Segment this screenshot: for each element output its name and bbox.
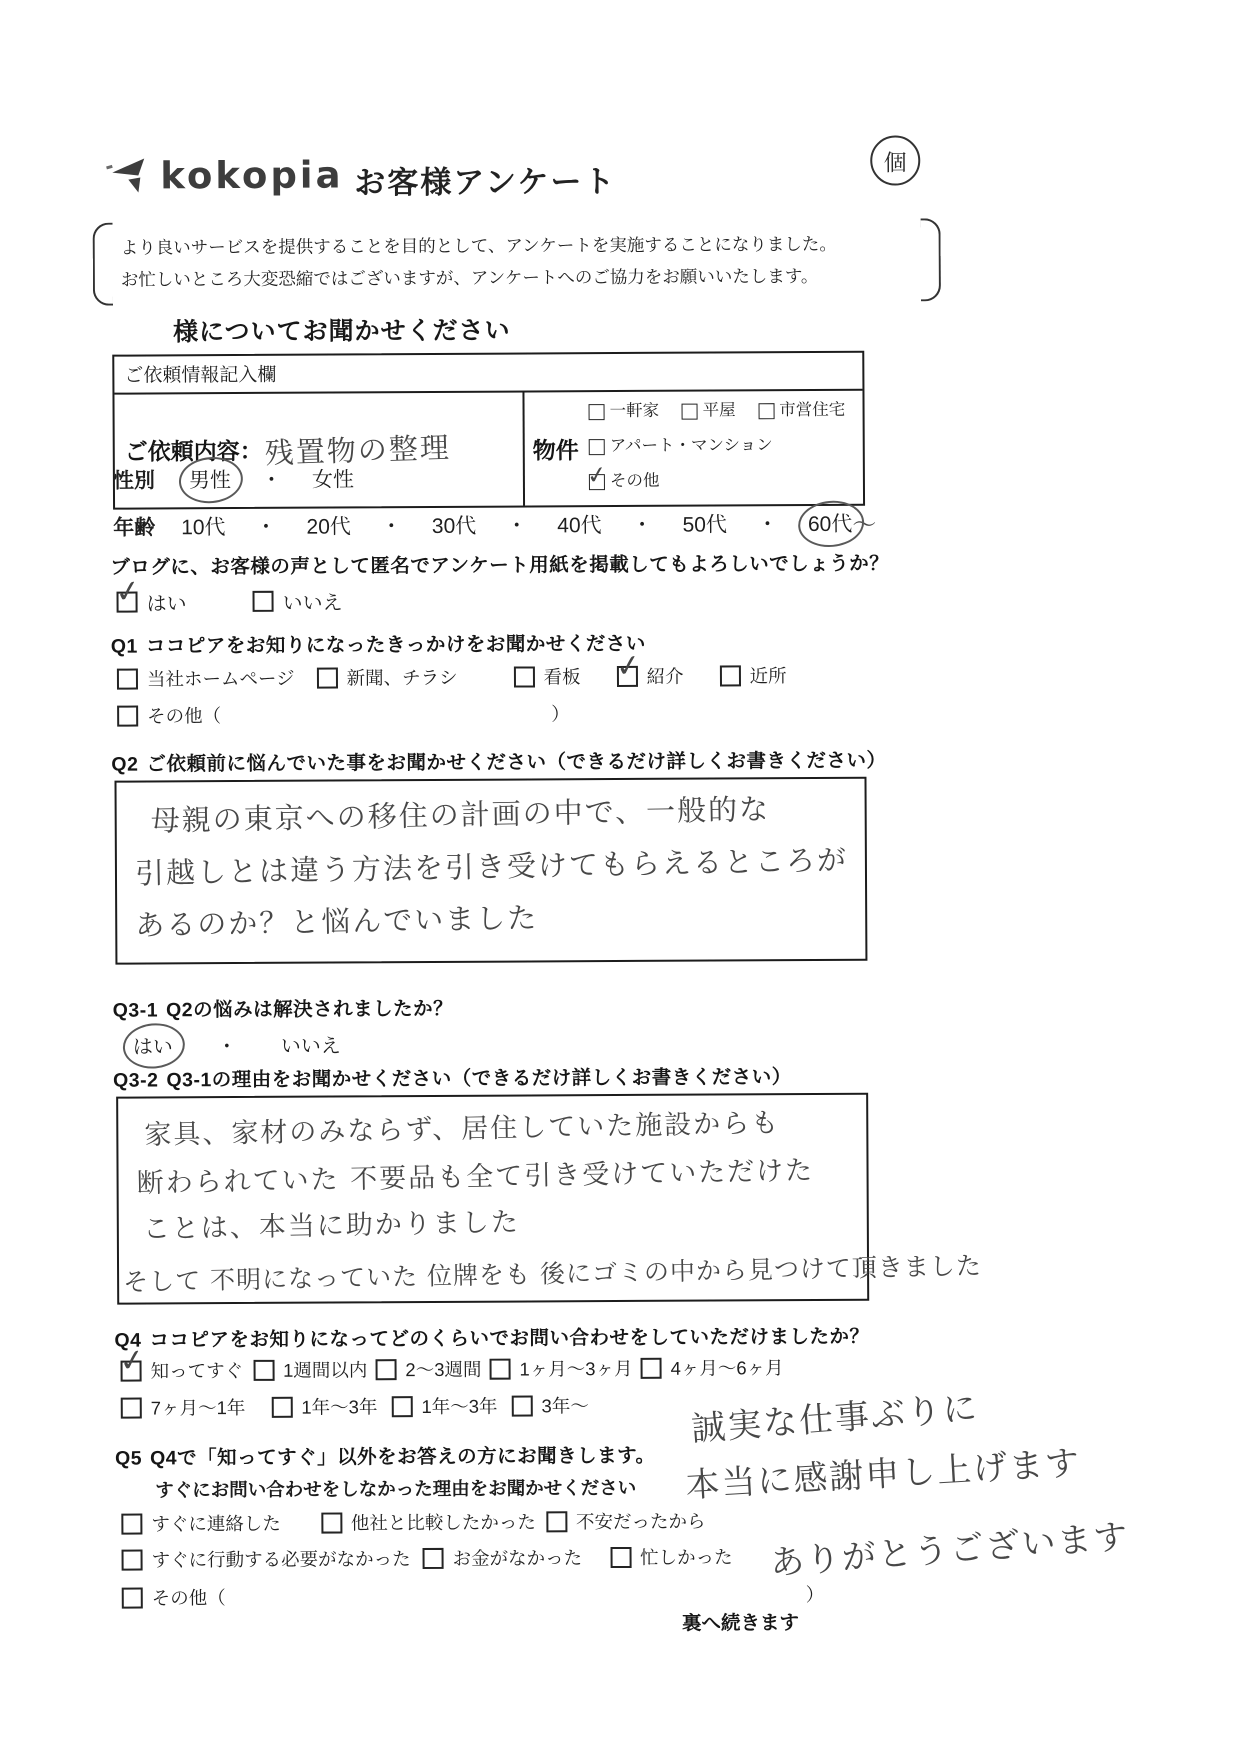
option-label: 紹介: [647, 663, 684, 689]
checkbox-icon[interactable]: [720, 665, 741, 686]
q3-2-title: Q3-1の理由をお聞かせください（できるだけ詳しくお書きください）: [166, 1066, 791, 1091]
blog-option-no[interactable]: いいえ: [252, 586, 342, 615]
q2-title: ご依頼前に悩んでいた事をお聞かせください（できるだけ詳しくお書きください）: [146, 750, 886, 776]
property-options-row2: アパート・マンション ✓ その他: [589, 430, 855, 501]
age-option-30s[interactable]: 30代: [432, 509, 477, 539]
separator-dot: ・: [381, 510, 402, 540]
option-label: 1週間以内: [283, 1356, 367, 1382]
q4-option-2-3weeks[interactable]: 2～3週間: [375, 1356, 481, 1383]
q1-other-row: その他（ ）: [117, 700, 570, 728]
header: kokopia: [104, 151, 343, 198]
checkbox-icon[interactable]: [489, 1358, 510, 1379]
q3-2-answer-box[interactable]: 家具、家材のみならず、居住していた施設からも 断わられていた 不要品も全て引き受…: [116, 1093, 869, 1305]
q2-answer-line3: あるのか？と悩んでいました: [135, 896, 539, 945]
checkbox-icon[interactable]: [589, 439, 605, 455]
option-label: すぐに連絡した: [151, 1510, 281, 1537]
property-label: 物件: [533, 432, 579, 465]
q4-options-row2: 7ヶ月～1年 1年～3年 1年～3年 3年～: [121, 1392, 589, 1420]
q3-2-answer-line4: そして 不明になっていた 位牌をも 後にゴミの中から見つけて頂きました: [123, 1246, 982, 1298]
checkbox-icon[interactable]: [758, 403, 774, 419]
option-label: 1年～3年: [421, 1393, 497, 1419]
q3-2-answer-line2: 断わられていた 不要品も全て引き受けていただけた: [136, 1148, 814, 1200]
checkbox-icon[interactable]: ✓: [589, 474, 605, 490]
q4-option-7months-1year[interactable]: 7ヶ月～1年: [121, 1394, 246, 1421]
q3-1-option-no[interactable]: いいえ: [281, 1029, 341, 1058]
checkbox-icon[interactable]: [117, 668, 138, 689]
q4-title: ココピアをお知りになってどのくらいでお問い合わせをしていただけましたか？: [149, 1326, 869, 1352]
q3-2-answer-line1: 家具、家材のみならず、居住していた施設からも: [144, 1101, 780, 1152]
q3-2-heading: Q3-2Q3-1の理由をお聞かせください（できるだけ詳しくお書きください）: [113, 1061, 792, 1093]
intro-line1: より良いサービスを提供することを目的として、アンケートを実施することになりました…: [121, 228, 913, 264]
option-label: 4ヶ月～6ヶ月: [670, 1354, 783, 1381]
kokopia-logo-icon: [104, 152, 150, 198]
option-label: 不安だったから: [576, 1508, 706, 1535]
age-option-40s[interactable]: 40代: [557, 509, 602, 539]
property-cell: 物件 一軒家 平屋 市営住宅: [524, 391, 863, 506]
age-row: 年齢 10代 ・ 20代 ・ 30代 ・ 40代 ・ 50代 ・ 60代 ～: [113, 505, 878, 544]
separator-dot: ・: [261, 464, 282, 494]
about-heading: 様についてお聞かせください: [173, 311, 511, 349]
checkbox-icon[interactable]: [121, 1397, 142, 1418]
q3-1-options: はい ・ いいえ: [133, 1029, 341, 1059]
option-label: 近所: [750, 662, 787, 688]
property-option-municipal[interactable]: 市営住宅: [758, 395, 845, 427]
checkbox-icon[interactable]: [253, 1359, 274, 1380]
option-label: 忙しかった: [640, 1543, 733, 1569]
separator-dot: ・: [217, 1030, 237, 1059]
option-label: 新聞、チラシ: [347, 664, 458, 691]
gender-option-male[interactable]: 男性: [189, 464, 231, 494]
check-mark: ✓: [113, 576, 142, 609]
q5-number: Q5: [115, 1448, 142, 1470]
intro-line2: お忙しいところ大変恐縮ではございますが、アンケートへのご協力をお願いいたします。: [121, 260, 913, 296]
age-option-10s[interactable]: 10代: [181, 511, 226, 541]
checkbox-icon[interactable]: [117, 705, 138, 726]
separator-dot: ・: [632, 508, 653, 538]
check-mark: ✓: [585, 461, 608, 488]
option-label: 市営住宅: [779, 395, 845, 427]
blog-question-text: ブログに、お客様の声として匿名でアンケート用紙を掲載してもよろしいでしょうか？: [110, 548, 889, 580]
option-label: 1ヶ月～3ヶ月: [519, 1355, 632, 1382]
q3-2-answer-line3: ことは、本当に助かりました: [142, 1200, 520, 1246]
checkbox-icon[interactable]: [252, 591, 273, 612]
checkbox-icon[interactable]: [375, 1359, 396, 1380]
option-label: 2～3週間: [405, 1356, 481, 1382]
checkbox-icon[interactable]: [546, 1511, 567, 1532]
q4-heading: Q4ココピアをお知りになってどのくらいでお問い合わせをしていただけましたか？: [114, 1321, 869, 1353]
q5-option-was-anxious[interactable]: 不安だったから: [546, 1508, 706, 1535]
q1-number: Q1: [111, 636, 138, 658]
checkbox-icon[interactable]: ✓: [617, 665, 638, 686]
option-label: 一軒家: [609, 396, 659, 428]
q3-1-number: Q3-1: [113, 999, 158, 1021]
option-label: いいえ: [282, 586, 342, 615]
checkbox-icon[interactable]: [514, 666, 535, 687]
q1-title: ココピアをお知りになったきっかけをお聞かせください: [146, 633, 646, 658]
continue-on-back-note: 裏へ続きます: [682, 1607, 799, 1636]
option-label: その他（: [147, 702, 221, 728]
q3-1-heading: Q3-1Q2の悩みは解決されましたか？: [113, 993, 454, 1023]
option-label: 7ヶ月～1年: [151, 1394, 246, 1420]
q5-title: Q4で「知ってすぐ」以外をお答えの方にお聞きします。: [150, 1445, 656, 1470]
q4-number: Q4: [114, 1330, 141, 1352]
q4-option-3years-plus[interactable]: 3年～: [511, 1392, 588, 1418]
option-label: すぐに行動する必要がなかった: [151, 1545, 410, 1572]
blog-options: ✓ はい いいえ: [116, 586, 368, 616]
option-label: その他: [610, 466, 660, 498]
intro-note: より良いサービスを提供することを目的として、アンケートを実施することになりました…: [93, 218, 941, 305]
property-options-row1: 一軒家 平屋 市営住宅: [588, 395, 854, 431]
q1-option-signboard[interactable]: 看板: [514, 663, 581, 689]
checkbox-icon[interactable]: [271, 1396, 292, 1417]
q1-option-homepage[interactable]: 当社ホームページ: [117, 665, 295, 692]
checkbox-icon[interactable]: [423, 1547, 444, 1568]
option-label: 平屋: [703, 395, 736, 427]
q5-option-no-money[interactable]: お金がなかった: [423, 1544, 583, 1571]
checkbox-icon[interactable]: [391, 1396, 412, 1417]
q2-answer-line2: 引越しとは違う方法を引き受けてもらえるところが: [135, 838, 849, 893]
q5-other-row: その他（ ）: [122, 1581, 825, 1611]
handwritten-note-line1: 誠実な仕事ぶりに: [689, 1380, 980, 1450]
survey-page: kokopia お客様アンケート 個 より良いサービスを提供することを目的として…: [0, 0, 1240, 1754]
table-header: ご依頼情報記入欄: [114, 353, 862, 395]
q4-option-immediately[interactable]: ✓ 知ってすぐ: [121, 1357, 244, 1384]
gender-row: 性別 男性 ・ 女性: [113, 463, 354, 494]
checkbox-icon[interactable]: [122, 1549, 143, 1570]
option-label: 3年～: [541, 1392, 588, 1418]
separator-dot: ・: [506, 509, 527, 539]
checkbox-icon[interactable]: [317, 667, 338, 688]
option-label: はい: [146, 587, 186, 616]
option-label: 看板: [544, 663, 581, 689]
q5-options-row2: すぐに行動する必要がなかった お金がなかった 忙しかった: [121, 1543, 732, 1572]
q1-other-close-paren: ）: [551, 700, 570, 726]
q4-option-1-3months[interactable]: 1ヶ月～3ヶ月: [489, 1355, 632, 1382]
checkbox-icon[interactable]: ✓: [116, 592, 137, 613]
checkbox-icon[interactable]: [321, 1512, 342, 1533]
personal-stamp-circle: 個: [870, 135, 920, 185]
q2-answer-line1: 母親の東京への移住の計画の中で、一般的な: [150, 787, 770, 840]
option-label: その他（: [152, 1584, 226, 1610]
q1-options-row1: 当社ホームページ 新聞、チラシ 看板 ✓ 紹介 近所: [117, 662, 787, 692]
q5-other-blank[interactable]: [226, 1594, 806, 1597]
separator-dot: ・: [255, 510, 276, 540]
q4-option-within-1week[interactable]: 1週間以内: [253, 1356, 367, 1383]
checkbox-icon[interactable]: [589, 404, 605, 420]
q1-option-referral[interactable]: ✓ 紹介: [617, 663, 684, 689]
q5-heading: Q5Q4で「知ってすぐ」以外をお答えの方にお聞きします。: [115, 1440, 656, 1471]
q1-heading: Q1ココピアをお知りになったきっかけをお聞かせください: [111, 628, 646, 659]
checkbox-icon[interactable]: [682, 403, 698, 419]
q4-option-4-6months[interactable]: 4ヶ月～6ヶ月: [640, 1354, 783, 1381]
checkbox-icon[interactable]: [610, 1546, 631, 1567]
age-option-20s[interactable]: 20代: [306, 510, 351, 540]
q5-option-busy[interactable]: 忙しかった: [610, 1543, 733, 1570]
property-option-flat[interactable]: 平屋: [682, 395, 736, 427]
q3-2-number: Q3-2: [113, 1069, 158, 1091]
property-option-other[interactable]: ✓ その他: [589, 466, 660, 498]
gender-label: 性別: [113, 464, 155, 494]
q1-other-blank[interactable]: [221, 713, 551, 715]
q4-option-1-3years-b[interactable]: 1年～3年: [391, 1393, 497, 1420]
property-option-apartment[interactable]: アパート・マンション: [589, 430, 773, 462]
q3-1-title: Q2の悩みは解決されましたか？: [166, 998, 453, 1022]
q4-option-1-3years-a[interactable]: 1年～3年: [271, 1393, 377, 1420]
q5-option-no-urgency[interactable]: すぐに行動する必要がなかった: [121, 1545, 410, 1573]
gender-option-female[interactable]: 女性: [312, 463, 354, 493]
q5-subtitle: すぐにお問い合わせをしなかった理由をお聞かせください: [155, 1474, 636, 1503]
q1-option-newspaper[interactable]: 新聞、チラシ: [317, 664, 458, 691]
option-label: お金がなかった: [453, 1544, 583, 1571]
q4-options-row1: ✓ 知ってすぐ 1週間以内 2～3週間 1ヶ月～3ヶ月 4ヶ月～6ヶ月: [121, 1354, 784, 1383]
age-label: 年齢: [113, 511, 155, 541]
checkbox-icon[interactable]: [640, 1357, 661, 1378]
blog-option-yes[interactable]: ✓ はい: [116, 587, 186, 616]
q5-option-other[interactable]: その他（: [122, 1584, 226, 1611]
q3-1-option-yes[interactable]: はい: [133, 1030, 173, 1059]
option-label: 他社と比較したかった: [351, 1508, 536, 1535]
separator-dot: ・: [757, 508, 778, 538]
age-option-50s[interactable]: 50代: [683, 508, 728, 538]
age-option-60s[interactable]: 60代: [808, 507, 853, 537]
q2-answer-box[interactable]: 母親の東京への移住の計画の中で、一般的な 引越しとは違う方法を引き受けてもらえる…: [114, 777, 867, 965]
q2-number: Q2: [111, 754, 138, 776]
q1-option-other[interactable]: その他（: [117, 702, 221, 729]
q5-option-contacted-immediately[interactable]: すぐに連絡した: [121, 1510, 281, 1537]
option-label: 当社ホームページ: [147, 665, 295, 692]
q1-option-neighborhood[interactable]: 近所: [720, 662, 787, 688]
stamp-label: 個: [884, 144, 907, 177]
option-label: 1年～3年: [301, 1393, 377, 1419]
checkbox-icon[interactable]: [511, 1395, 532, 1416]
form-title: お客様アンケート: [354, 156, 616, 202]
q5-option-compare-others[interactable]: 他社と比較したかった: [321, 1508, 536, 1535]
checkbox-icon[interactable]: [122, 1587, 143, 1608]
option-label: アパート・マンション: [610, 430, 773, 462]
logo-text: kokopia: [160, 153, 343, 197]
option-label: 知ってすぐ: [151, 1357, 244, 1383]
q5-options-row1: すぐに連絡した 他社と比較したかった 不安だったから: [121, 1508, 705, 1537]
property-option-house[interactable]: 一軒家: [588, 396, 659, 428]
q2-heading: Q2ご依頼前に悩んでいた事をお聞かせください（できるだけ詳しくお書きください）: [111, 745, 886, 777]
checkbox-icon[interactable]: [121, 1513, 142, 1534]
checkbox-icon[interactable]: ✓: [121, 1360, 142, 1381]
q5-other-close-paren: ）: [806, 1581, 825, 1607]
handwritten-note-line3: ありがとうございます: [768, 1509, 1131, 1585]
